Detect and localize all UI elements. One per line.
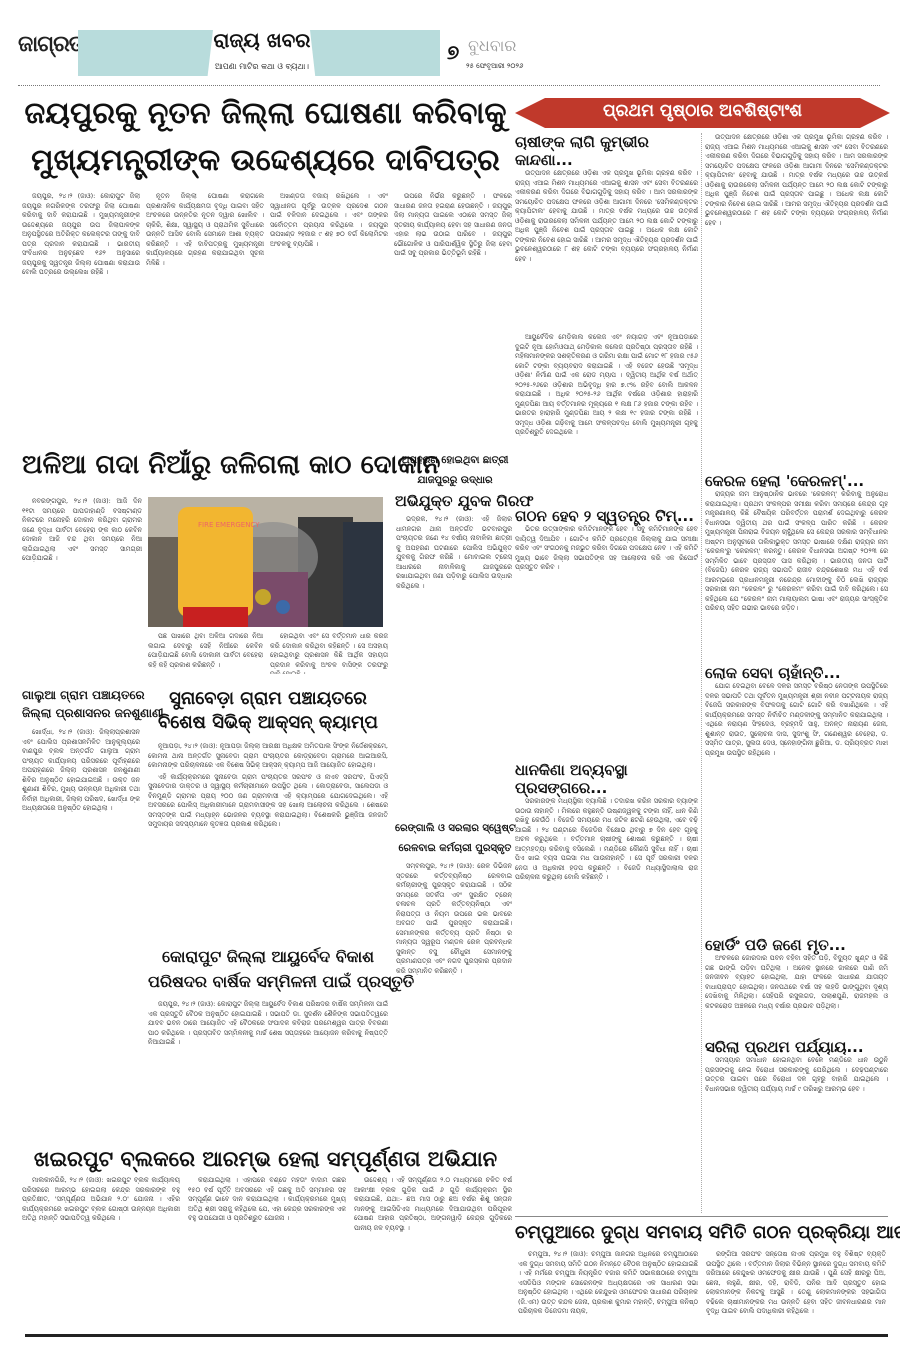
hoarding-headline: ହୋର୍ଡିଂ ପଡି ଜଣେ ମୃତ... <box>705 936 888 954</box>
farmers-body-col-b: ଉତ୍ପାଦନ କ୍ଷେତ୍ରରେ ଓଡ଼ିଶା ଏକ ପ୍ରମୁଖ ଭୂମିକ… <box>705 133 888 468</box>
fire-headline: ଅଳିଆ ଗଦା ନିଆଁରୁ ଜଳିଗଲା କାଠ ଦୋକାନ <box>22 448 387 482</box>
section-title: ରାଜ୍ୟ ଖବର <box>212 28 312 52</box>
paddy-body: ସରକାରଙ୍କ ମଧ୍ୟସ୍ଥିକା ବ୍ୟାଲିଛି । ତଦାରଖ କରି… <box>515 797 698 1147</box>
bottom-rule-right <box>515 1334 888 1337</box>
ayurveda-headline-line1: କୋରାପୁଟ ଜିଲ୍ଲା ଆୟୁର୍ବେଦ ବିକାଶ <box>148 947 388 967</box>
galua-article: ଖୋର୍ଦ୍ଧା, ୨୪।୨ (ଜାଓ): ଜିଲ୍ଲାପ୍ରଶାସନ ଏବଂ … <box>22 728 140 1146</box>
svg-text:FIRE EMERGENCY: FIRE EMERGENCY <box>198 521 260 529</box>
first-phase-body: ସମସ୍ୟାର ସମାଧାନ ହୋଇନଥିବା ବେଳେ ମଣ୍ଡିରେ ଧାନ… <box>705 1056 888 1136</box>
sunabeda-headline-line2: ବିଶେଷ ସିଭିକ୍ ଆକ୍ସନ୍ କ୍ୟାମ୍ପ <box>148 712 388 733</box>
khairaput-article-col2: କରାଯାଇଥିଲା । ଏହାପରେ ବଣ୍ଡେ ମହତାଂ ବାଦାମ ଗଛ… <box>188 1176 346 1326</box>
railway-headline-line2: ରେଳବାଇ କର୍ମଚାରୀ ପୁରସ୍କୃତ <box>395 843 515 854</box>
fire-article-col2: ପଛ ପାଖରେ ଥିବା ଅଳିଆ ଗଦାରେ ନିଆ ଲଗାଇ ଦେବାରୁ… <box>148 632 263 674</box>
champua-top-rule <box>515 1216 888 1217</box>
lead-article-col2: ନୂତନ ଜିଲ୍ଲା ଘୋଷଣା କରାଗଲେ ପ୍ରଶାସନିକ କାର୍ଯ… <box>146 192 264 417</box>
abduction-article: ଭଦ୍ରକ, ୨୪।୨ (ଜାଓ): ଏହି ଜିଲାର ଧାମନଗର ଥାନା… <box>396 515 512 770</box>
galua-headline-line2: ଜିଲ୍ଲା ପ୍ରଶାସନର ଜନଶୁଣାଣୀ <box>22 706 142 721</box>
champua-article-col1: ଚମ୍ପୁଆ, ୨୪।୨ (ଜାଓ): ଚମ୍ପୁଆ ଜାନଗର ଅଧିନରେ … <box>518 1250 698 1330</box>
fire-article-col1: ନବରଙ୍ଗପୁର, ୨୪।୨ (ଜାଓ): ଆଜି ଦିନ ୧୧ଟା ସମୟର… <box>22 497 142 627</box>
section-tagline: ଆପଣା ମାଟିର କଥା ଓ ବ୍ୟଥା। <box>212 62 312 72</box>
farmers-headline: ଚାଷୀଙ୍କ ଲାଗି କୁମ୍ଭୀର କାନ୍ଦଣା... <box>515 133 698 169</box>
bottom-rule-left <box>25 1334 515 1337</box>
abduction-kicker-1: ଅପହରଣ ହୋଇଥିବା ଛାତ୍ରୀ <box>395 455 515 466</box>
weekday: ବୁଧବାର <box>468 36 516 56</box>
header-divider <box>18 85 880 86</box>
lead-article-col4: ଉପରେ ନିର୍ଭର କରୁଛନ୍ତି । ଫଳରେ ସାଧାରଣ ଜନତା … <box>394 192 512 417</box>
khairaput-article-col3: ଉଦ୍ଦେଶ୍ୟ । ଏହି ସମ୍ପୂର୍ଣ୍ଣତା ୨.୦ ମାଧ୍ୟମରେ… <box>354 1176 512 1326</box>
header-band-left <box>78 30 213 76</box>
ayurveda-article: ଜୟପୁର, ୨୪।୨ (ଜାଓ): କୋରାପୁଟ ଜିଲ୍ଲା ଆୟୁର୍ବ… <box>148 1000 388 1146</box>
continuation-col-a: ଚାଷୀଙ୍କ ଲାଗି କୁମ୍ଭୀର କାନ୍ଦଣା... ଉତ୍ପାଦନ … <box>515 133 698 1147</box>
farmers-body: ଉତ୍ପାଦନ କ୍ଷେତ୍ରରେ ଓଡ଼ିଶା ଏକ ପ୍ରମୁଖ ଭୂମିକ… <box>515 169 698 329</box>
sunabeda-headline-line1: ସୁନାବେଡ଼ା ଗ୍ରାମ ପଞ୍ଚାୟତରେ <box>148 688 388 709</box>
khairaput-headline: ଖଇରପୁଟ ବ୍ଲକରେ ଆରମ୍ଭ ହେଲା ସମ୍ପୂର୍ଣ୍ଣତା ଅଭ… <box>18 1147 513 1172</box>
teams-body: ଭିତର ଉତ୍ସାଙ୍କାର କମିଟିମାନଙ୍କି ହେବ । ସବୁ କ… <box>515 525 698 757</box>
railway-article: ସମ୍ବଲପୁର, ୨୪।୨ (ଜାଓ): ରେଳ ଡିଭିଜନ ସ୍ତରରେ … <box>396 862 512 1146</box>
header-band-right <box>310 30 440 76</box>
abduction-kicker-2: ଯାଜପୁରରୁ ଉଦ୍ଧାର <box>395 475 515 486</box>
lead-article-col3: ଅଖଣ୍ଡତା ବଜାୟ ରଖିଥିଲେ । ଏବଂ ସ୍ୱାଧୀନତା ପୂର… <box>270 192 388 417</box>
railway-headline-line1: ରେଙ୍ଗାଲି ଓ ସରଲାର ସ୍ୱେଷ୍ଟ <box>395 823 515 834</box>
continuation-col-b: ଉତ୍ପାଦନ କ୍ଷେତ୍ରରେ ଓଡ଼ିଶା ଏକ ପ୍ରମୁଖ ଭୂମିକ… <box>705 133 888 1136</box>
kerala-body: ରାଜ୍ୟର ନାମ ଆନୁଷ୍ଠାନିକ ଭାବରେ 'କେରଳମ୍' କରି… <box>705 490 888 660</box>
ayurveda-headline-line2: ପରିଷଦର ବାର୍ଷିକ ସମ୍ମିଳନୀ ପାଇଁ ପ୍ରସ୍ତୁତି <box>148 972 388 992</box>
lead-article-col1: ଜୟପୁର, ୨୪।୨ (ଜାଓ): କୋରାପୁଟ ଜିଲା ଜୟପୁର ନଗ… <box>22 192 140 417</box>
paddy-headline: ଧାନକିଣା ଅବ୍ୟବସ୍ଥା ପ୍ରସଙ୍ଗରେ... <box>515 761 698 797</box>
first-phase-headline: ସରିଲା ପ୍ରଥମ ପର୍ଯ୍ୟାୟ... <box>705 1038 888 1056</box>
kerala-headline: କେରଳ ହେଲା 'କେରଳମ୍'... <box>705 472 888 490</box>
teams-headline: ଗଠନ ହେବ ୨ ସ୍ୱତନ୍ତ୍ର ଟିମ୍... <box>515 507 698 525</box>
abduction-headline: ଅଭିଯୁକ୍ତ ଯୁବକ ଗିରଫ <box>395 492 515 510</box>
fire-scene-image: FIRE EMERGENCY <box>148 497 383 627</box>
issue-date: ୨୫ ଫେବୃଆରୀ ୨୦୨୬ <box>466 62 523 71</box>
khairaput-article-col1: ମାଲକାନଗିରି, ୨୪।୨ (ଜାଓ): ଖଇରପୁଟ ବ୍ଲକ କାର୍… <box>22 1176 180 1326</box>
continuation-banner-text: ପ୍ରଥମ ପୃଷ୍ଠାର ଅବଶିଷ୍ଟାଂଶ <box>515 101 890 121</box>
page-number: ୭ <box>447 40 459 64</box>
champua-headline: ଚମ୍ପୁଆରେ ଦୁଗ୍ଧ ସମବାୟ ସମିତି ଗଠନ ପ୍ରକ୍ରିୟା… <box>515 1222 888 1243</box>
sunabeda-article: ନୂଆପଡ଼ା, ୨୪।୨ (ଜାଓ): ନୂଆପଡ଼ା ଜିଲ୍ଲା ଆରକ୍… <box>148 742 388 942</box>
fire-photo: FIRE EMERGENCY <box>148 497 383 627</box>
fire-article-col3: ହୋଇଥିବା ଏବଂ ସେ ବର୍ତ୍ତମାନ ଧାର କରଜ କରି ଦୋକ… <box>270 632 388 674</box>
lead-headline-line2: ମୁଖ୍ୟମନ୍ତ୍ରୀଙ୍କ ଉଦ୍ଦେଶ୍ୟରେ ଦାବିପତ୍ର <box>18 142 513 180</box>
lead-headline-line1: ଜୟପୁରକୁ ନୂତନ ଜିଲ୍ଲା ଘୋଷଣା କରିବାକୁ <box>18 95 513 133</box>
champua-article-col2: ରଙ୍ଗିଆ ସରପଂଚ ସନ୍ତୋଷ ନାଏକ ପ୍ରମୁଖ ବହୁ ବିଶି… <box>706 1250 886 1330</box>
galua-headline-line1: ଗାଲୁଆ ଗ୍ରାମ ପଞ୍ଚାୟତରେ <box>22 688 142 703</box>
farmers-body-cont: ଆୟୁର୍ବେଦିକ ମେଡ଼ିକାଲ କଲେଜ ଏବଂ ନୟାଗଡ଼ ଏବଂ … <box>515 333 698 503</box>
column-divider <box>701 133 702 1213</box>
lok-seva-body: ଯୋଗ ଦେଇଥିବା ବେଳେ ଦଳର ସମସ୍ତ ବରିଷ୍ଠ ନେତାଙ୍… <box>705 682 888 932</box>
lok-seva-headline: ଲୋକ ସେବା ଚାହାଁନ୍ତି... <box>705 664 888 682</box>
hoarding-body: ଅଂଚଳରେ ଜୋରଦାର ପବନ ବହିବା ସହିତ ଘଡ଼ି, ବିଦ୍ୟ… <box>705 954 888 1034</box>
